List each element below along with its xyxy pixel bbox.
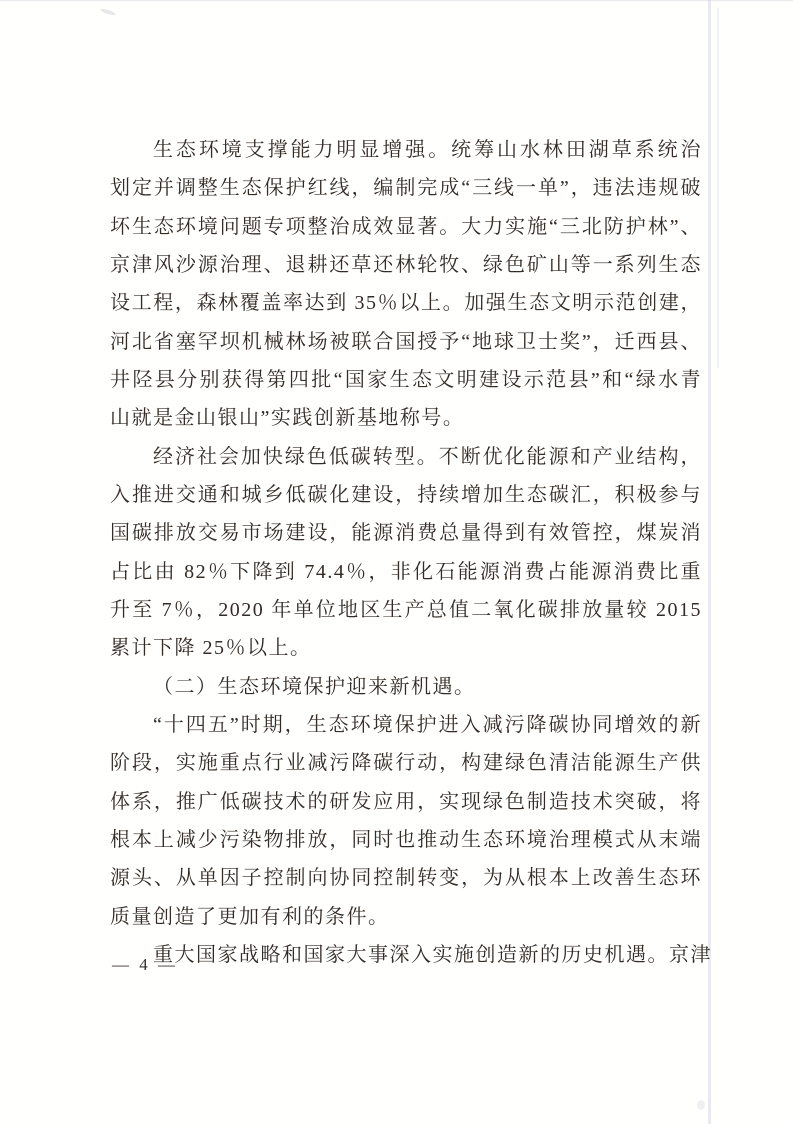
text-line: 山就是金山银山”实践创新基地称号。 <box>110 399 702 437</box>
section-heading: （二）生态环境保护迎来新机遇。 <box>110 668 702 706</box>
text-line: 划定并调整生态保护红线，编制完成“三线一单”，违法违规破 <box>110 169 702 207</box>
text-line: 京津风沙源治理、退耕还草还林轮牧、绿色矿山等一系列生态建 <box>110 246 702 284</box>
text-line: 入推进交通和城乡低碳化建设，持续增加生态碳汇，积极参与全 <box>110 476 702 514</box>
text-line: 生态环境支撑能力明显增强。统筹山水林田湖草系统治理， <box>110 131 702 169</box>
text-line: 占比由 82％下降到 74.4％，非化石能源消费占能源消费比重提 <box>110 553 702 591</box>
paragraph: 重大国家战略和国家大事深入实施创造新的历史机遇。京津 <box>110 936 702 974</box>
text-line: 质量创造了更加有利的条件。 <box>110 898 702 936</box>
text-line: 根本上减少污染物排放，同时也推动生态环境治理模式从末端向 <box>110 821 702 859</box>
scan-top-edge-artifact <box>0 0 793 2</box>
text-line: 源头、从单因子控制向协同控制转变，为从根本上改善生态环境 <box>110 859 702 897</box>
text-line: 坏生态环境问题专项整治成效显著。大力实施“三北防护林”、 <box>110 208 702 246</box>
text-line: 累计下降 25％以上。 <box>110 629 702 667</box>
scan-right-edge-line-secondary <box>717 8 719 368</box>
text-line: 经济社会加快绿色低碳转型。不断优化能源和产业结构，深 <box>110 438 702 476</box>
text-line: 设工程，森林覆盖率达到 35％以上。加强生态文明示范创建， <box>110 284 702 322</box>
scanned-document-page: { "page": { "background_color": "#fffffe… <box>0 0 793 1124</box>
document-text-block: 生态环境支撑能力明显增强。统筹山水林田湖草系统治理，划定并调整生态保护红线，编制… <box>110 131 702 974</box>
text-line: （二）生态环境保护迎来新机遇。 <box>110 668 702 706</box>
text-line: 井陉县分别获得第四批“国家生态文明建设示范县”和“绿水青 <box>110 361 702 399</box>
text-line: 河北省塞罕坝机械林场被联合国授予“地球卫士奖”，迁西县、 <box>110 323 702 361</box>
paragraph: 生态环境支撑能力明显增强。统筹山水林田湖草系统治理，划定并调整生态保护红线，编制… <box>110 131 702 438</box>
page-background: 生态环境支撑能力明显增强。统筹山水林田湖草系统治理，划定并调整生态保护红线，编制… <box>0 0 793 1124</box>
paragraph: 经济社会加快绿色低碳转型。不断优化能源和产业结构，深入推进交通和城乡低碳化建设，… <box>110 438 702 668</box>
scan-smudge <box>100 8 116 17</box>
text-line: 重大国家战略和国家大事深入实施创造新的历史机遇。京津 <box>110 936 702 974</box>
text-line: 体系，推广低碳技术的研发应用，实现绿色制造技术突破，将从 <box>110 783 702 821</box>
text-line: 升至 7％，2020 年单位地区生产总值二氧化碳排放量较 2015 年 <box>110 591 702 629</box>
paragraph: “十四五”时期，生态环境保护进入减污降碳协同增效的新阶段，实施重点行业减污降碳行… <box>110 706 702 936</box>
page-number: — 4 — <box>112 950 178 980</box>
scan-mark <box>697 1100 705 1110</box>
text-line: “十四五”时期，生态环境保护进入减污降碳协同增效的新 <box>110 706 702 744</box>
text-line: 阶段，实施重点行业减污降碳行动，构建绿色清洁能源生产供应 <box>110 744 702 782</box>
text-line: 国碳排放交易市场建设，能源消费总量得到有效管控，煤炭消费 <box>110 514 702 552</box>
